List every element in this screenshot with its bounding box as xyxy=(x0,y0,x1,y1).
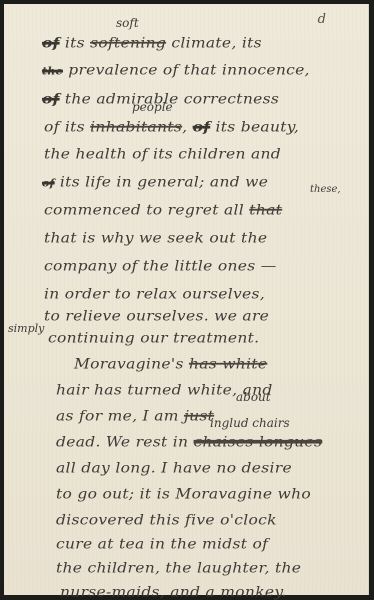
line-text: the health of its children and xyxy=(44,145,281,162)
deleted-word: of xyxy=(42,34,60,51)
insertion-about: about xyxy=(236,390,271,404)
struck-word: chaises longues xyxy=(194,433,323,450)
line-text: in order to relax ourselves, xyxy=(44,285,265,302)
manuscript-line-17: all day long. I have no desire xyxy=(56,459,292,476)
line-text: as for me, I am xyxy=(56,407,179,424)
line-text: dead. We rest in xyxy=(56,433,188,450)
struck-word: inhabitants xyxy=(90,118,182,135)
manuscript-line-19: discovered this five o'clock xyxy=(56,511,277,528)
manuscript-line-1: of its softening climate, its xyxy=(42,34,262,51)
insertion-people: people xyxy=(132,100,173,114)
line-text: the children, the laughter, the xyxy=(56,559,301,576)
manuscript-line-13: Moravagine's has white xyxy=(74,355,267,372)
line-text: climate, its xyxy=(171,34,262,51)
manuscript-line-4: of its inhabitants, of its beauty, xyxy=(44,118,299,135)
manuscript-line-11: to relieve ourselves. we are xyxy=(44,307,269,324)
struck-word: has white xyxy=(189,355,267,372)
manuscript-line-8: that is why we seek out the xyxy=(44,229,267,246)
manuscript-line-9: company of the little ones — xyxy=(44,257,277,274)
line-text: all day long. I have no desire xyxy=(56,459,292,476)
line-text: to go out; it is Moravagine who xyxy=(56,485,311,502)
manuscript-line-7: commenced to regret all that xyxy=(44,201,282,218)
line-text: its life in general; and we xyxy=(60,173,268,190)
manuscript-line-5: the health of its children and xyxy=(44,145,281,162)
line-text: cure at tea in the midst of xyxy=(56,535,268,552)
insertion-chairs: inglud chairs xyxy=(210,416,290,430)
line-text: prevalence of that innocence, xyxy=(68,61,310,78)
manuscript-line-15: as for me, I am just xyxy=(56,407,214,424)
manuscript-line-16: dead. We rest in chaises longues xyxy=(56,433,322,450)
line-text: company of the little ones — xyxy=(44,257,277,274)
manuscript-line-6: of its life in general; and we xyxy=(42,173,268,190)
line-text: its beauty, xyxy=(215,118,299,135)
manuscript-line-21: the children, the laughter, the xyxy=(56,559,301,576)
manuscript-line-20: cure at tea in the midst of xyxy=(56,535,268,552)
manuscript-line-12: continuing our treatment. xyxy=(48,329,259,346)
line-text: discovered this five o'clock xyxy=(56,511,277,528)
manuscript-line-18: to go out; it is Moravagine who xyxy=(56,485,311,502)
struck-word: that xyxy=(249,201,282,218)
deleted-word: the xyxy=(42,65,63,77)
margin-insertion-simply: simply xyxy=(8,322,44,335)
line-text: its xyxy=(65,34,85,51)
deleted-word: of xyxy=(42,177,55,189)
deleted-word: of xyxy=(193,118,211,135)
line-text: that is why we seek out the xyxy=(44,229,267,246)
manuscript-page: d soft of its softening climate, its the… xyxy=(4,4,369,595)
deleted-word: of xyxy=(42,90,60,107)
line-text: , xyxy=(182,118,187,135)
manuscript-line-10: in order to relax ourselves, xyxy=(44,285,265,302)
line-text: of its xyxy=(44,118,85,135)
manuscript-line-22: nurse-maids, and a monkey. xyxy=(60,583,287,600)
line-text: Moravagine's xyxy=(74,355,184,372)
line-text: continuing our treatment. xyxy=(48,329,259,346)
struck-word: softening xyxy=(90,34,166,51)
manuscript-line-2: the prevalence of that innocence, xyxy=(42,61,310,78)
line-text: nurse-maids, and a monkey. xyxy=(60,583,287,600)
line-text: to relieve ourselves. we are xyxy=(44,307,269,324)
insertion-these: these, xyxy=(310,184,341,195)
line-text: commenced to regret all xyxy=(44,201,244,218)
page-marker: d xyxy=(318,12,326,27)
insertion-soft: soft xyxy=(116,16,139,30)
